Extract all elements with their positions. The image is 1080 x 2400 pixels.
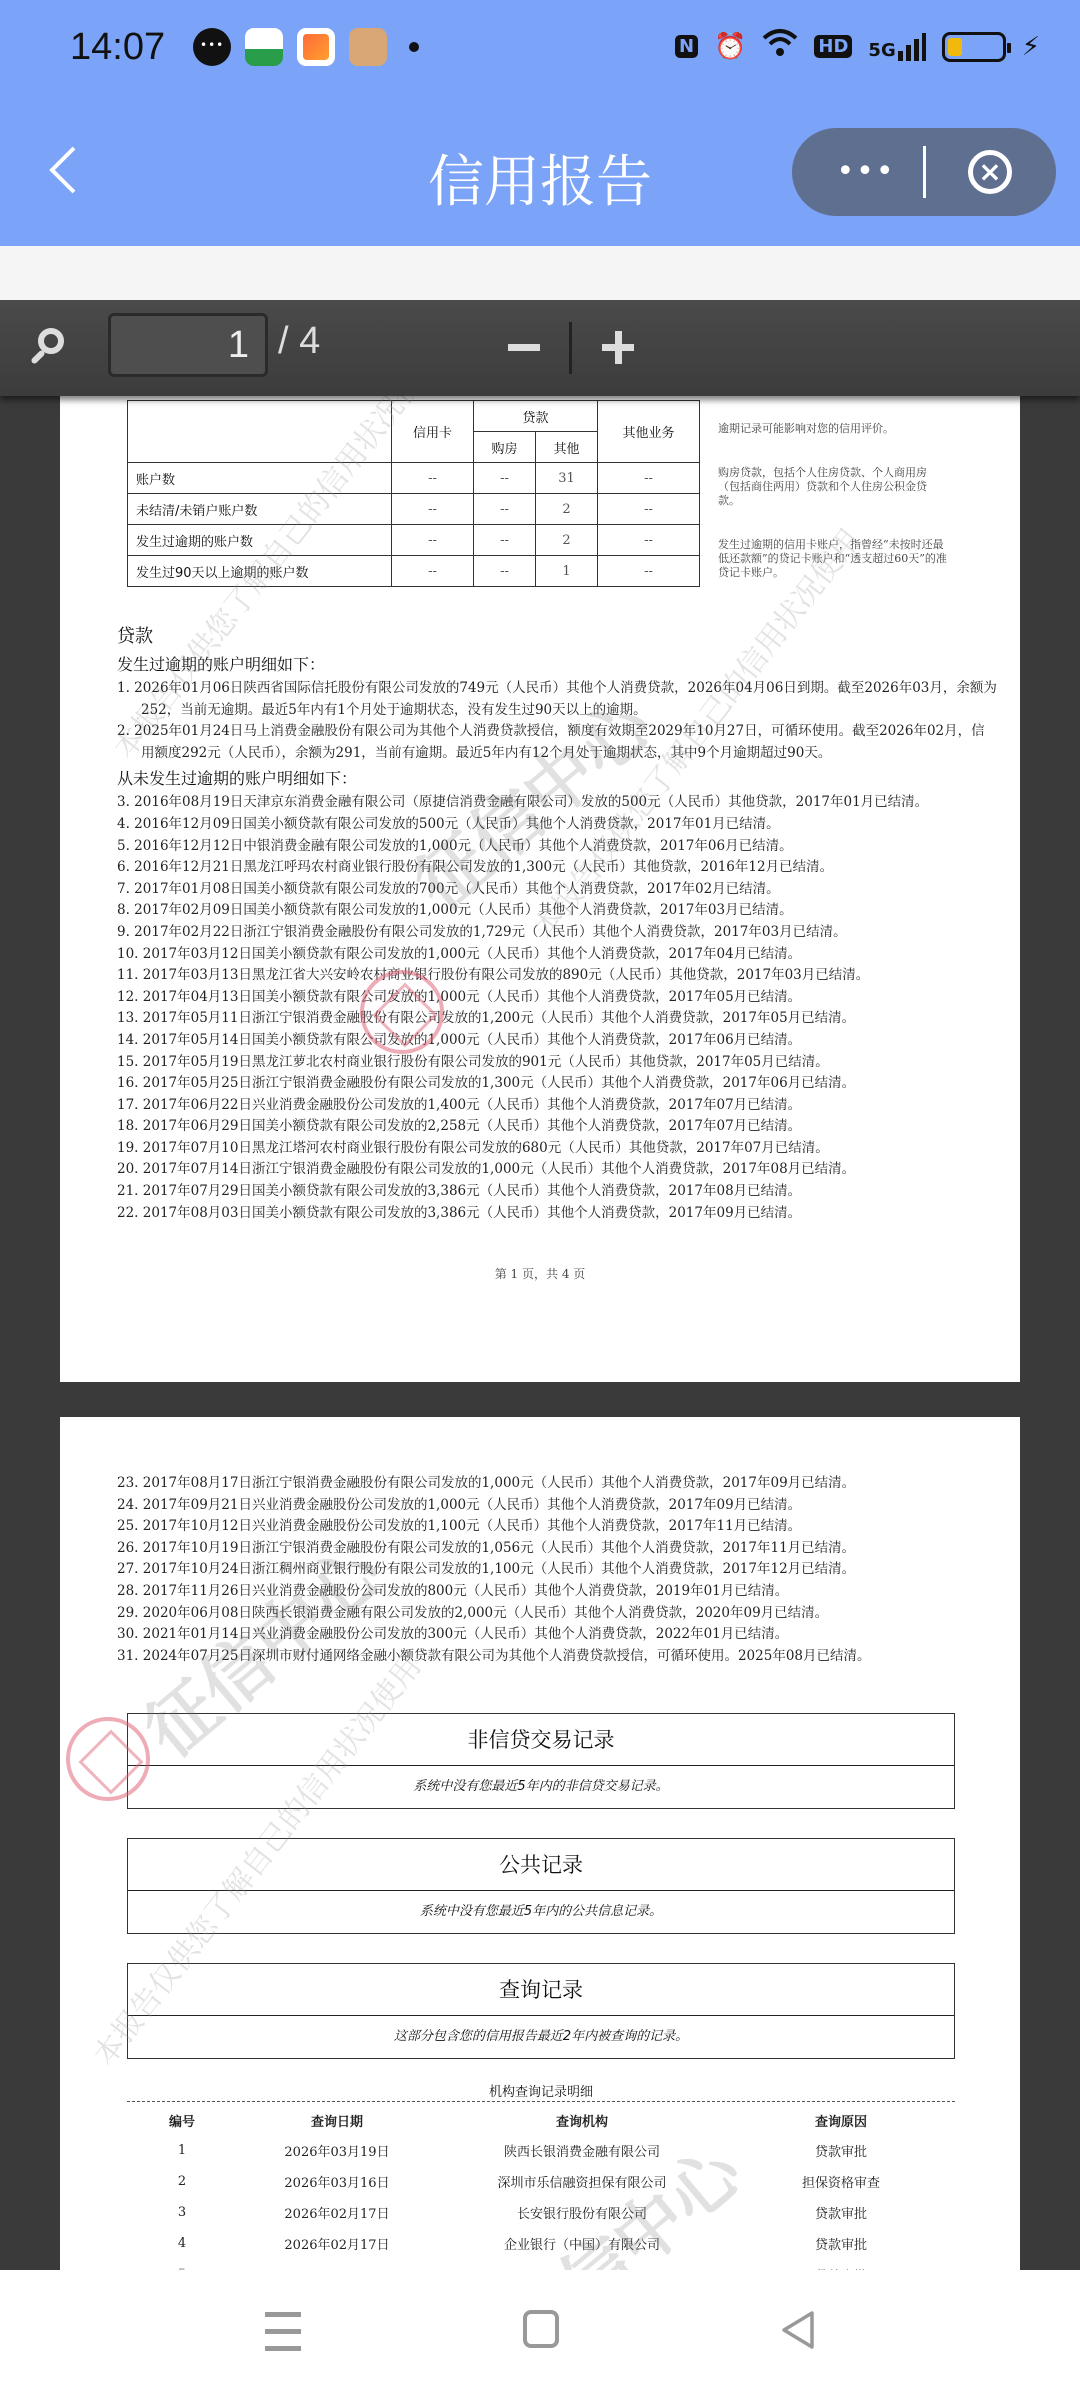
recent-apps-button[interactable] bbox=[265, 2312, 303, 2352]
loan-item: 31. 2024年07月25日深圳市财付通网络金融小额贷款有限公司为其他个人消费… bbox=[117, 1646, 997, 1668]
loan-item: 30. 2021年01月14日兴业消费金融股份公司发放的300元（人民币）其他个… bbox=[117, 1624, 997, 1646]
summary-header-blank bbox=[128, 401, 392, 463]
summary-row: 发生过逾期的账户数 -- -- 2 -- bbox=[128, 525, 700, 556]
more-button[interactable]: ••• bbox=[826, 144, 906, 200]
header-other-business: 其他业务 bbox=[598, 401, 700, 463]
dog-app-icon bbox=[349, 28, 387, 66]
menu-icon-line bbox=[265, 2329, 301, 2334]
summary-row: 账户数 -- -- 31 -- bbox=[128, 463, 700, 494]
cell-date: 2026年03月16日 bbox=[237, 2166, 437, 2197]
loan-item: 14. 2017年05月14日国美小额贷款有限公司发放的1,000元（人民币）其… bbox=[117, 1030, 997, 1052]
loan-item: 7. 2017年01月08日国美小额贷款有限公司发放的700元（人民币）其他个人… bbox=[117, 879, 997, 901]
loan-item: 17. 2017年06月22日兴业消费金融股份公司发放的1,400元（人民币）其… bbox=[117, 1095, 997, 1117]
home-button[interactable] bbox=[523, 2310, 559, 2348]
loan-item: 12. 2017年04月13日国美小额贷款有限公司发放的1,000元（人民币）其… bbox=[117, 987, 997, 1009]
cell-number: 2 bbox=[127, 2166, 237, 2197]
inquiry-row-partial: 5 贷款审批 bbox=[127, 2259, 955, 2270]
pdf-viewer[interactable]: 1 / 4 本报告仅供您了解自己的信用状况使用 征信中心 本报告仅供您了解自己的… bbox=[0, 300, 1080, 2270]
loan-item: 16. 2017年05月25日浙江宁银消费金融股份有限公司发放的1,300元（人… bbox=[117, 1073, 997, 1095]
capsule-divider bbox=[923, 146, 926, 198]
loan-item: 4. 2016年12月09日国美小额贷款有限公司发放的500元（人民币）其他个人… bbox=[117, 814, 997, 836]
inquiry-record-box: 查询记录 这部分包含您的信用报告最近2年内被查询的记录。 bbox=[127, 1963, 955, 2059]
pdf-toolbar: 1 / 4 bbox=[0, 300, 1080, 396]
cell-other: 2 bbox=[536, 525, 598, 556]
loan-item: 5. 2016年12月12日中银消费金融有限公司发放的1,000元（人民币）其他… bbox=[117, 836, 997, 858]
status-time: 14:07 bbox=[70, 26, 165, 69]
search-icon-handle bbox=[30, 349, 46, 365]
header-loan-housing: 购房 bbox=[474, 432, 536, 463]
cell-institution: 企业银行（中国）有限公司 bbox=[437, 2228, 727, 2259]
inquiry-table-header: 编号 查询日期 查询机构 查询原因 bbox=[127, 2105, 955, 2135]
loan-item: 23. 2017年08月17日浙江宁银消费金融股份有限公司发放的1,000元（人… bbox=[117, 1473, 997, 1495]
cell-credit-card: -- bbox=[392, 494, 474, 525]
dashed-divider bbox=[127, 2101, 955, 2102]
loan-item: 27. 2017年10月24日浙江稠州商业银行股份有限公司发放的1,100元（人… bbox=[117, 1559, 997, 1581]
note: 购房贷款，包括个人住房贷款、个人商用房（包括商住两用）贷款和个人住房公积金贷款。 bbox=[718, 466, 948, 508]
summary-row: 发生过90天以上逾期的账户数 -- -- 1 -- bbox=[128, 556, 700, 587]
cell-institution bbox=[437, 2259, 727, 2270]
loan-item: 1. 2026年01月06日陕西省国际信托股份有限公司发放的749元（人民币）其… bbox=[117, 678, 997, 721]
loan-title: 贷款 bbox=[117, 622, 997, 648]
note: 发生过逾期的信用卡账户，指曾经“未按时还最低还款额”的贷记卡账户和“透支超过60… bbox=[718, 538, 948, 580]
loan-item: 3. 2016年08月19日天津京东消费金融有限公司（原捷信消费金融有限公司）发… bbox=[117, 792, 997, 814]
public-desc: 系统中没有您最近5年内的公共信息记录。 bbox=[128, 1891, 954, 1933]
cell-reason: 贷款审批 bbox=[727, 2135, 955, 2166]
cell-date: 2026年02月17日 bbox=[237, 2197, 437, 2228]
more-notifications-dot-icon bbox=[409, 42, 419, 52]
inquiry-desc: 这部分包含您的信用报告最近2年内被查询的记录。 bbox=[128, 2016, 954, 2058]
message-icon bbox=[193, 28, 231, 66]
loan-item: 20. 2017年07月14日浙江宁银消费金融股份有限公司发放的1,000元（人… bbox=[117, 1159, 997, 1181]
top-bar: 14:07 N ⏰ HD 5G ⚡ 信用报告 bbox=[0, 0, 1080, 246]
cell-other: 31 bbox=[536, 463, 598, 494]
header-reason: 查询原因 bbox=[727, 2105, 955, 2135]
loan-item: 9. 2017年02月22日浙江宁银消费金融股份有限公司发放的1,729元（人民… bbox=[117, 922, 997, 944]
nfc-icon: N bbox=[675, 35, 698, 58]
row-label: 账户数 bbox=[128, 463, 392, 494]
pdf-page-2: 征信中心 本报告仅供您了解自己的信用状况使用 征信中心 23. 2017年08月… bbox=[60, 1417, 1020, 2270]
orange-app-icon bbox=[297, 28, 335, 66]
cell-housing: -- bbox=[474, 525, 536, 556]
row-label: 发生过90天以上逾期的账户数 bbox=[128, 556, 392, 587]
cell-number: 4 bbox=[127, 2228, 237, 2259]
inquiry-row: 2 2026年03月16日 深圳市乐信融资担保有限公司 担保资格审查 bbox=[127, 2166, 955, 2197]
menu-icon bbox=[265, 2312, 301, 2317]
non-credit-record-box: 非信贷交易记录 系统中没有您最近5年内的非信贷交易记录。 bbox=[127, 1713, 955, 1809]
loan-item: 18. 2017年06月29日国美小额贷款有限公司发放的2,258元（人民币）其… bbox=[117, 1116, 997, 1138]
cell-number: 3 bbox=[127, 2197, 237, 2228]
inquiry-row: 4 2026年02月17日 企业银行（中国）有限公司 贷款审批 bbox=[127, 2228, 955, 2259]
close-button[interactable]: × bbox=[968, 150, 1012, 194]
hd-icon: HD bbox=[814, 35, 852, 58]
non-credit-desc: 系统中没有您最近5年内的非信贷交易记录。 bbox=[128, 1766, 954, 1808]
public-record-box: 公共记录 系统中没有您最近5年内的公共信息记录。 bbox=[127, 1838, 955, 1934]
page-number-input[interactable]: 1 bbox=[108, 313, 268, 377]
header-credit-card: 信用卡 bbox=[392, 401, 474, 463]
cell-number: 1 bbox=[127, 2135, 237, 2166]
header-loan: 贷款 bbox=[474, 401, 598, 432]
header-institution: 查询机构 bbox=[437, 2105, 727, 2135]
loan-item: 24. 2017年09月21日兴业消费金融股份公司发放的1,000元（人民币）其… bbox=[117, 1495, 997, 1517]
note: 逾期记录可能影响对您的信用评价。 bbox=[718, 422, 948, 436]
summary-table: 信用卡 贷款 其他业务 购房 其他 账户数 -- -- 31 -- 未结清/未销… bbox=[127, 400, 700, 587]
loan-item: 26. 2017年10月19日浙江宁银消费金融股份有限公司发放的1,056元（人… bbox=[117, 1538, 997, 1560]
battery-icon bbox=[942, 32, 1006, 62]
cell-other-business: -- bbox=[598, 463, 700, 494]
loan-item: 25. 2017年10月12日兴业消费金融股份公司发放的1,100元（人民币）其… bbox=[117, 1516, 997, 1538]
loan-item: 10. 2017年03月12日国美小额贷款有限公司发放的1,000元（人民币）其… bbox=[117, 944, 997, 966]
cell-credit-card: -- bbox=[392, 525, 474, 556]
header-date: 查询日期 bbox=[237, 2105, 437, 2135]
pdf-page-1: 本报告仅供您了解自己的信用状况使用 征信中心 本报告仅供您了解自己的信用状况使用… bbox=[60, 330, 1020, 1382]
mini-program-capsule: ••• × bbox=[792, 128, 1056, 216]
more-icon: ••• bbox=[836, 154, 895, 189]
cell-institution: 深圳市乐信融资担保有限公司 bbox=[437, 2166, 727, 2197]
cell-reason: 贷款审批 bbox=[727, 2259, 955, 2270]
loan-item: 19. 2017年07月10日黑龙江塔河农村商业银行股份有限公司发放的680元（… bbox=[117, 1138, 997, 1160]
loan-item: 2. 2025年01月24日马上消费金融股份有限公司为其他个人消费贷款授信，额度… bbox=[117, 721, 997, 764]
loan-item: 15. 2017年05月19日黑龙江萝北农村商业银行股份有限公司发放的901元（… bbox=[117, 1052, 997, 1074]
loan-section: 贷款 发生过逾期的账户明细如下： 1. 2026年01月06日陕西省国际信托股份… bbox=[117, 622, 997, 1224]
network-type-label: 5G bbox=[868, 40, 895, 61]
zoom-out-button[interactable] bbox=[504, 320, 544, 370]
loan-item: 11. 2017年03月13日黑龙江省大兴安岭农村商业银行股份有限公司发放的89… bbox=[117, 965, 997, 987]
alarm-icon: ⏰ bbox=[714, 32, 746, 62]
inquiry-title: 查询记录 bbox=[128, 1964, 954, 2016]
cell-reason: 贷款审批 bbox=[727, 2228, 955, 2259]
cell-date: 2026年03月19日 bbox=[237, 2135, 437, 2166]
inquiry-table: 编号 查询日期 查询机构 查询原因 1 2026年03月19日 陕西长银消费金融… bbox=[127, 2105, 955, 2270]
cell-other-business: -- bbox=[598, 494, 700, 525]
charging-icon: ⚡ bbox=[1022, 32, 1040, 62]
normal-heading: 从未发生过逾期的账户明细如下： bbox=[117, 766, 997, 789]
loan-item: 29. 2020年06月08日陕西长银消费金融有限公司发放的2,000元（人民币… bbox=[117, 1603, 997, 1625]
cell-other-business: -- bbox=[598, 556, 700, 587]
summary-row: 未结清/未销户账户数 -- -- 2 -- bbox=[128, 494, 700, 525]
wifi-icon bbox=[762, 28, 798, 65]
cell-date: 2026年02月17日 bbox=[237, 2228, 437, 2259]
cell-date bbox=[237, 2259, 437, 2270]
cell-reason: 贷款审批 bbox=[727, 2197, 955, 2228]
page-total: / 4 bbox=[278, 320, 320, 363]
loan-item: 22. 2017年08月03日国美小额贷款有限公司发放的3,386元（人民币）其… bbox=[117, 1203, 997, 1225]
page-footer: 第 1 页，共 4 页 bbox=[60, 1265, 1020, 1282]
loan-item: 8. 2017年02月09日国美小额贷款有限公司发放的1,000元（人民币）其他… bbox=[117, 900, 997, 922]
header-loan-other: 其他 bbox=[536, 432, 598, 463]
back-icon bbox=[780, 2310, 816, 2350]
menu-icon-line bbox=[265, 2346, 301, 2351]
loan-item: 28. 2017年11月26日兴业消费金融股份公司发放的800元（人民币）其他个… bbox=[117, 1581, 997, 1603]
cell-other: 2 bbox=[536, 494, 598, 525]
zoom-divider bbox=[569, 322, 572, 374]
inquiry-table-title: 机构查询记录明细 bbox=[127, 2081, 955, 2100]
inquiry-row: 1 2026年03月19日 陕西长银消费金融有限公司 贷款审批 bbox=[127, 2135, 955, 2166]
cell-number: 5 bbox=[127, 2259, 237, 2270]
header-number: 编号 bbox=[127, 2105, 237, 2135]
summary-notes: 逾期记录可能影响对您的信用评价。 购房贷款，包括个人住房贷款、个人商用房（包括商… bbox=[718, 422, 948, 610]
system-nav-bar bbox=[0, 2270, 1080, 2400]
loan-item: 6. 2016年12月21日黑龙江呼玛农村商业银行股份有限公司发放的1,300元… bbox=[117, 857, 997, 879]
content-spacer bbox=[0, 246, 1080, 300]
zoom-in-button[interactable] bbox=[598, 320, 638, 370]
close-icon: × bbox=[978, 155, 1001, 188]
cell-institution: 陕西长银消费金融有限公司 bbox=[437, 2135, 727, 2166]
cell-housing: -- bbox=[474, 556, 536, 587]
5g-signal-icon: 5G bbox=[868, 33, 925, 61]
cell-housing: -- bbox=[474, 463, 536, 494]
cell-credit-card: -- bbox=[392, 556, 474, 587]
oppo-wallet-icon bbox=[245, 28, 283, 66]
cell-other-business: -- bbox=[598, 525, 700, 556]
system-icons: N ⏰ HD 5G ⚡ bbox=[675, 28, 1040, 65]
cell-housing: -- bbox=[474, 494, 536, 525]
cell-institution: 长安银行股份有限公司 bbox=[437, 2197, 727, 2228]
loan-list-continued: 23. 2017年08月17日浙江宁银消费金融股份有限公司发放的1,000元（人… bbox=[117, 1473, 997, 1667]
inquiry-row: 3 2026年02月17日 长安银行股份有限公司 贷款审批 bbox=[127, 2197, 955, 2228]
notification-icons bbox=[193, 28, 419, 66]
row-label: 未结清/未销户账户数 bbox=[128, 494, 392, 525]
status-bar: 14:07 N ⏰ HD 5G ⚡ bbox=[0, 22, 1080, 74]
overdue-heading: 发生过逾期的账户明细如下： bbox=[117, 652, 997, 675]
loan-item: 13. 2017年05月11日浙江宁银消费金融股份有限公司发放的1,200元（人… bbox=[117, 1008, 997, 1030]
row-label: 发生过逾期的账户数 bbox=[128, 525, 392, 556]
cell-reason: 担保资格审查 bbox=[727, 2166, 955, 2197]
cell-credit-card: -- bbox=[392, 463, 474, 494]
title-bar: 信用报告 ••• × bbox=[0, 120, 1080, 220]
system-back-button[interactable] bbox=[780, 2310, 816, 2350]
public-title: 公共记录 bbox=[128, 1839, 954, 1891]
non-credit-title: 非信贷交易记录 bbox=[128, 1714, 954, 1766]
search-button[interactable] bbox=[26, 324, 70, 368]
loan-item: 21. 2017年07月29日国美小额贷款有限公司发放的3,386元（人民币）其… bbox=[117, 1181, 997, 1203]
cell-other: 1 bbox=[536, 556, 598, 587]
